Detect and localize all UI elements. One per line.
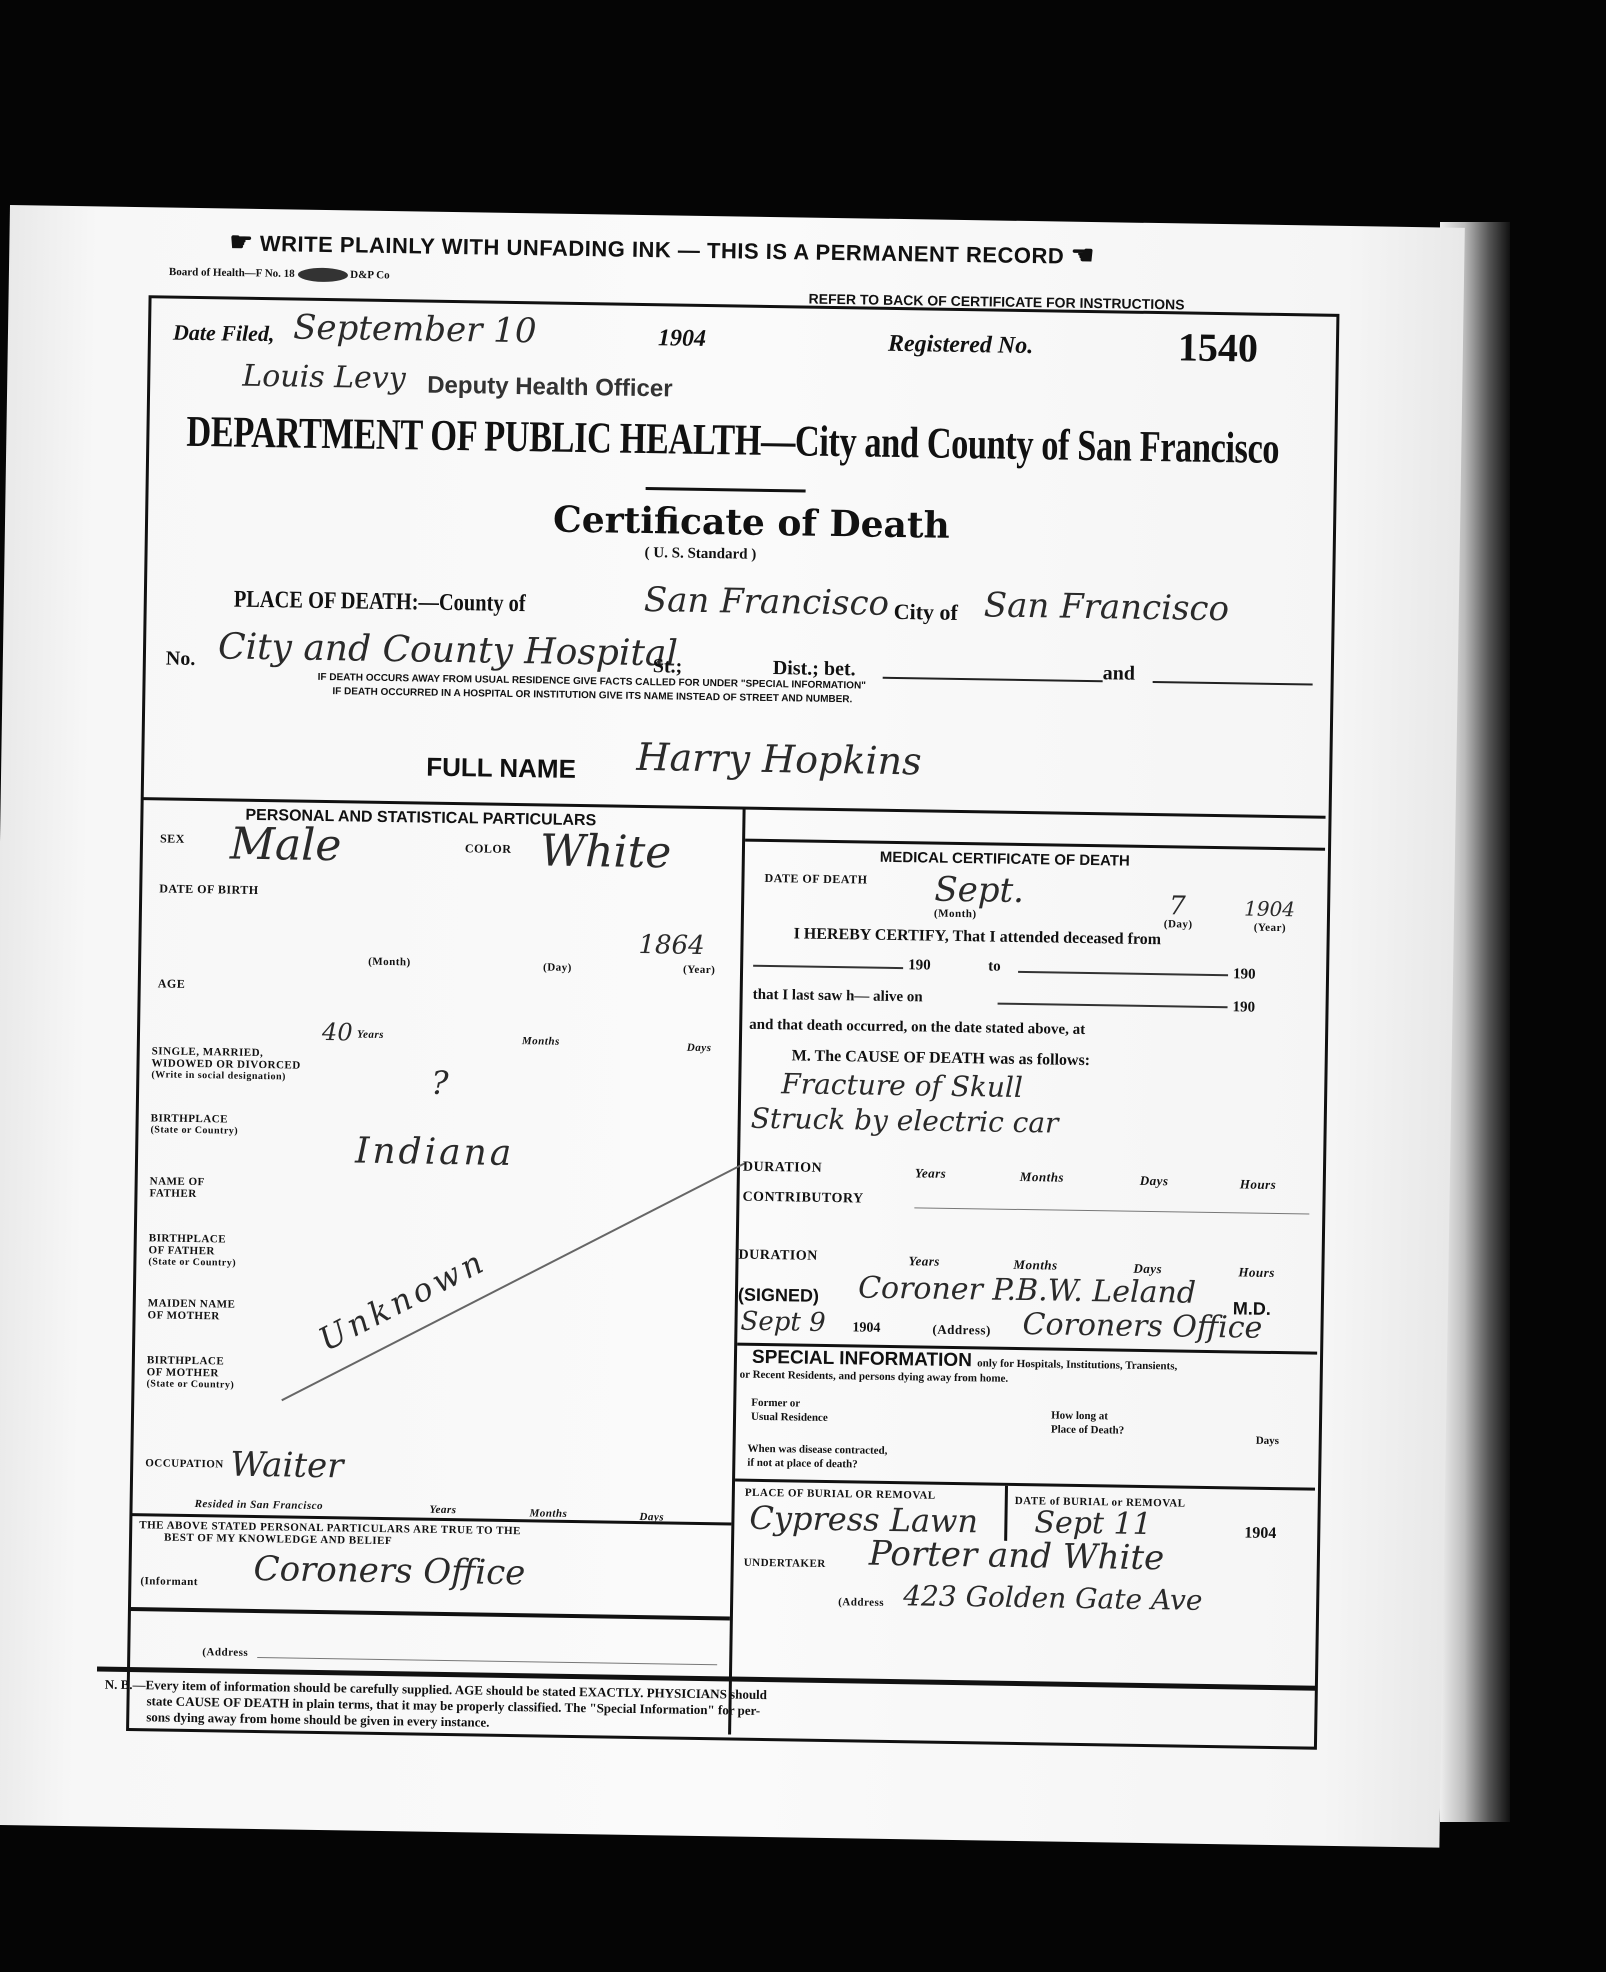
resided-years-label: Years (429, 1504, 456, 1516)
duration-label-2: DURATION (738, 1250, 817, 1263)
place-of-death-label: PLACE OF DEATH:—County of (234, 587, 526, 619)
age-years-label: Years (357, 1029, 384, 1041)
contracted-label-2: if not at place of death? (747, 1457, 857, 1471)
duration-years-label-1: Years (915, 1167, 947, 1179)
age-years-value: 40 (322, 1018, 353, 1046)
no-label: No. (166, 648, 196, 671)
mother-birthplace-label-3: (State or Country) (146, 1378, 234, 1391)
marital-value: ? (431, 1064, 449, 1102)
marital-label-3: (Write in social designation) (151, 1069, 286, 1083)
death-date-label: DATE OF DEATH (764, 872, 867, 886)
city-value: San Francisco (984, 585, 1230, 629)
certify-to: to (988, 958, 1001, 975)
duration-years-label-2: Years (908, 1255, 940, 1267)
father-birthplace-label-3: (State or Country) (148, 1256, 236, 1269)
certify-190-c: 190 (1232, 999, 1255, 1016)
age-days-label: Days (687, 1042, 712, 1054)
registered-label: Registered No. (888, 331, 1034, 360)
certify-190-b: 190 (1233, 966, 1256, 983)
color-label: COLOR (465, 842, 512, 855)
death-day-label: (Day) (1164, 918, 1193, 930)
pointing-hand-right-icon: ☛ (229, 226, 253, 256)
standard-note: ( U. S. Standard ) (644, 545, 756, 564)
informant-label: (Informant (140, 1575, 198, 1588)
resided-label: Resided in San Francisco (195, 1498, 324, 1512)
death-month-label: (Month) (934, 908, 977, 921)
duration-days-label-1: Days (1140, 1175, 1169, 1187)
certify-line-2: that I last saw h— alive on (753, 987, 923, 1007)
duration-label-1: DURATION (743, 1162, 822, 1175)
informant-address-label: (Address (202, 1646, 248, 1659)
former-residence-label-2: Usual Residence (751, 1411, 828, 1424)
occupation-value: Waiter (230, 1445, 344, 1487)
how-long-label-1: How long at (1051, 1410, 1108, 1423)
dob-label: DATE OF BIRTH (159, 882, 259, 896)
signed-year-value: 1904 (852, 1320, 880, 1336)
mother-birthplace-label-2: OF MOTHER (147, 1366, 219, 1379)
banner: ☛ WRITE PLAINLY WITH UNFADING INK — THIS… (229, 226, 1095, 271)
signed-label: (SIGNED) (738, 1285, 819, 1307)
date-filed-label: Date Filed, (173, 320, 275, 348)
signer-address-value: Coroners Office (1022, 1307, 1262, 1346)
st-label: St.; (653, 655, 683, 678)
undertaker-label: UNDERTAKER (744, 1557, 826, 1570)
undertaker-address-value: 423 Golden Gate Ave (903, 1579, 1203, 1617)
how-long-days-label: Days (1256, 1435, 1279, 1447)
sex-label: SEX (160, 832, 185, 844)
duration-months-label-1: Months (1020, 1171, 1064, 1184)
contributory-label: CONTRIBUTORY (742, 1192, 863, 1206)
signed-date-value: Sept 9 (740, 1307, 826, 1338)
former-residence-label-1: Former or (751, 1397, 800, 1410)
city-label: City of (894, 599, 959, 626)
informant-value: Coroners Office (253, 1549, 525, 1593)
occupation-label: OCCUPATION (145, 1457, 224, 1470)
death-day-value: 7 (1169, 891, 1186, 921)
mother-label-2: OF MOTHER (147, 1309, 219, 1322)
age-label: AGE (158, 977, 186, 989)
address-no-value: City and County Hospital (218, 626, 678, 674)
dob-month-label: (Month) (368, 956, 411, 969)
certificate-page: ☛ WRITE PLAINLY WITH UNFADING INK — THIS… (0, 205, 1465, 1848)
burial-year-value: 1904 (1244, 1525, 1276, 1544)
full-name-label: FULL NAME (426, 752, 576, 785)
death-month-value: Sept. (934, 870, 1024, 911)
duration-hours-label-2: Hours (1238, 1266, 1275, 1279)
birthplace-value: Indiana (355, 1131, 515, 1174)
death-year-value: 1904 (1244, 896, 1295, 921)
pointing-hand-left-icon: ☚ (1071, 240, 1095, 270)
father-birthplace-label-2: OF FATHER (149, 1244, 216, 1257)
dob-year-label: (Year) (683, 964, 716, 977)
union-label-icon (297, 268, 347, 283)
how-long-label-2: Place of Death? (1051, 1424, 1124, 1437)
age-months-label: Months (522, 1035, 560, 1048)
county-value: San Francisco (644, 580, 890, 624)
certify-190-a: 190 (908, 957, 931, 974)
dist-label: Dist.; bet. (773, 657, 856, 681)
officer-signature: Louis Levy (242, 359, 406, 397)
birthplace-label-2: (State or Country) (150, 1124, 238, 1137)
certificate-title: Certificate of Death (553, 499, 950, 547)
contracted-label-1: When was disease contracted, (747, 1443, 887, 1457)
dob-year-value: 1864 (638, 930, 705, 961)
undertaker-address-label: (Address (838, 1596, 884, 1609)
duration-days-label-2: Days (1133, 1263, 1162, 1275)
banner-text: WRITE PLAINLY WITH UNFADING INK — THIS I… (260, 231, 1065, 269)
death-year-label: (Year) (1254, 922, 1287, 935)
registered-number: 1540 (1178, 323, 1259, 371)
dob-day-label: (Day) (543, 961, 572, 973)
duration-hours-label-1: Hours (1240, 1178, 1277, 1191)
full-name-value: Harry Hopkins (636, 735, 922, 783)
color-value: White (540, 825, 672, 878)
and-label: and (1103, 662, 1136, 686)
sex-value: Male (230, 819, 342, 872)
date-filed-value: September 10 (293, 307, 537, 351)
date-filed-year: 1904 (658, 325, 706, 353)
undertaker-value: Porter and White (869, 1534, 1165, 1579)
officer-title: Deputy Health Officer (427, 372, 673, 404)
cause-of-death-1: Fracture of Skull (781, 1067, 1023, 1104)
resided-months-label: Months (529, 1507, 567, 1520)
father-label-1: NAME OF (150, 1175, 205, 1188)
duration-months-label-2: Months (1013, 1259, 1057, 1272)
father-label-2: FATHER (149, 1187, 196, 1200)
signer-address-label: (Address) (932, 1324, 991, 1337)
cause-of-death-2: Struck by electric car (750, 1102, 1058, 1140)
signed-value: Coroner P.B.W. Leland (858, 1270, 1196, 1310)
form-id: Board of Health—F No. 18 D&P Co (169, 266, 390, 283)
